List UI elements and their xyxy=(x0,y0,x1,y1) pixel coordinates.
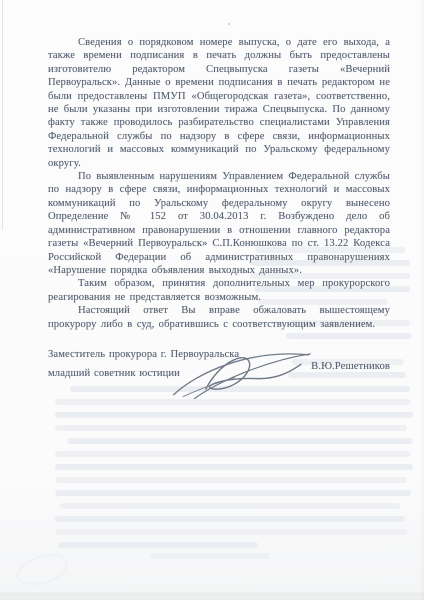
signer-name: В.Ю.Решетников xyxy=(311,360,390,373)
scan-bottom-shadow xyxy=(0,592,424,596)
paragraph-conclusion: Таким образом, принятия дополнительных м… xyxy=(48,277,390,304)
handwritten-signature-icon xyxy=(166,338,318,402)
bleed-signature-ghost xyxy=(14,551,71,589)
paragraph-appeal-rights: Настоящий ответ Вы вправе обжаловать выш… xyxy=(48,304,390,331)
letter-body: Сведения о порядковом номере выпуска, о … xyxy=(48,36,390,420)
paragraph-issue-details: Сведения о порядковом номере выпуска, о … xyxy=(48,36,390,170)
signer-position-line2: младший советник юстиции xyxy=(48,367,180,380)
scan-speck xyxy=(228,23,230,25)
scanned-letter-page: Сведения о порядковом номере выпуска, о … xyxy=(0,0,424,600)
signature-block: Заместитель прокурора г. Первоуральска м… xyxy=(48,348,390,420)
paragraph-violation-ruling: По выявленным нарушениям Управлением Фед… xyxy=(48,170,390,277)
